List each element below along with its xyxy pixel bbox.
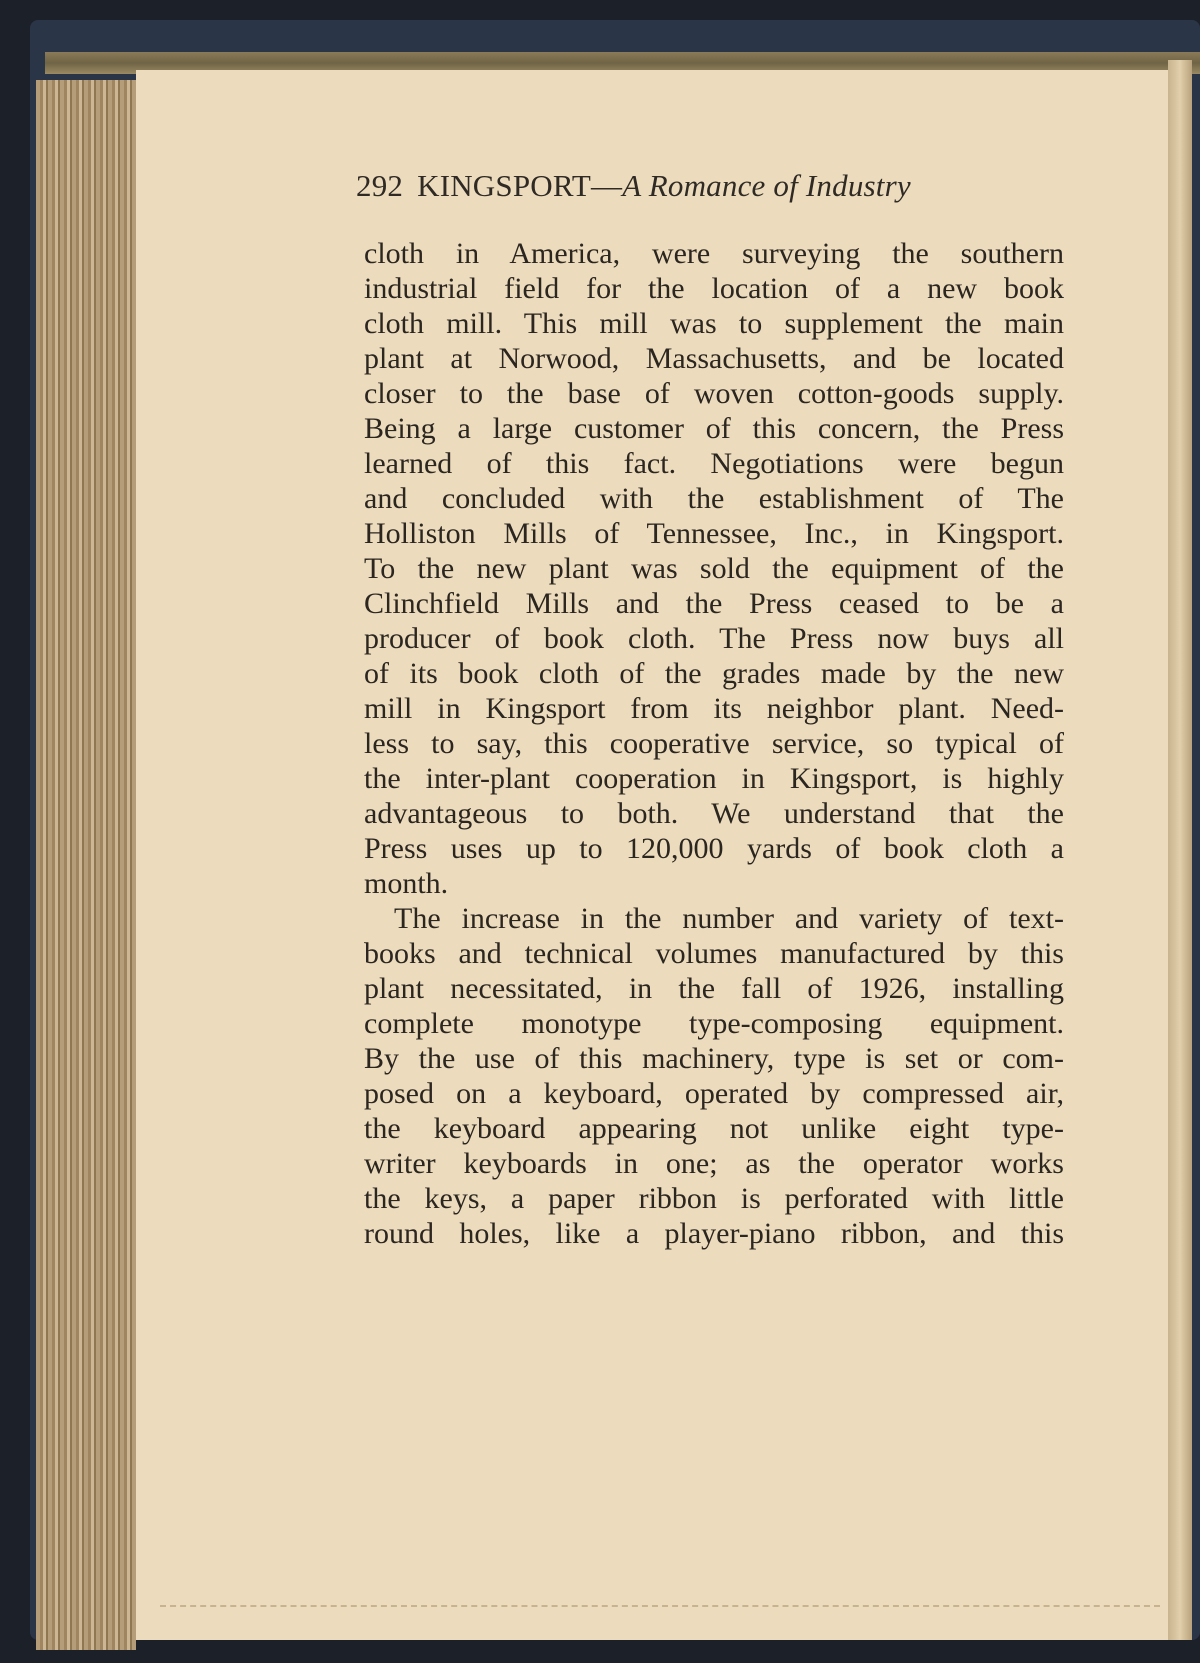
text-line: plant at Norwood, Massachusetts, and be … (364, 341, 1064, 376)
perforation-line (160, 1605, 1160, 1607)
page-right-edge (1168, 60, 1192, 1640)
text-line: Being a large customer of this concern, … (364, 411, 1064, 446)
text-line: cloth mill. This mill was to supplement … (364, 306, 1064, 341)
text-line: closer to the base of woven cotton-goods… (364, 376, 1064, 411)
text-line: By the use of this machinery, type is se… (364, 1041, 1064, 1076)
text-line: To the new plant was sold the equipment … (364, 551, 1064, 586)
page-stack-left-edge (36, 80, 136, 1650)
paragraph-2: The increase in the number and variety o… (364, 901, 1064, 1251)
text-line: learned of this fact. Negotiations were … (364, 446, 1064, 481)
text-line: Clinchfield Mills and the Press ceased t… (364, 586, 1064, 621)
text-line: of its book cloth of the grades made by … (364, 656, 1064, 691)
text-line: posed on a keyboard, operated by compres… (364, 1076, 1064, 1111)
text-line: producer of book cloth. The Press now bu… (364, 621, 1064, 656)
running-header: 292KINGSPORT—A Romance of Industry (356, 168, 1016, 204)
text-line: books and technical volumes manufactured… (364, 936, 1064, 971)
text-line: industrial field for the location of a n… (364, 271, 1064, 306)
text-line: Press uses up to 120,000 yards of book c… (364, 831, 1064, 866)
book-subtitle: A Romance of Industry (622, 168, 911, 203)
text-line: complete monotype type-composing equipme… (364, 1006, 1064, 1041)
text-line: advantageous to both. We understand that… (364, 796, 1064, 831)
text-line: the inter-plant cooperation in Kingsport… (364, 761, 1064, 796)
text-line: The increase in the number and variety o… (364, 901, 1064, 936)
text-line: the keyboard appearing not unlike eight … (364, 1111, 1064, 1146)
text-line: mill in Kingsport from its neighbor plan… (364, 691, 1064, 726)
text-line: and concluded with the establishment of … (364, 481, 1064, 516)
text-line: writer keyboards in one; as the operator… (364, 1146, 1064, 1181)
text-line: plant necessitated, in the fall of 1926,… (364, 971, 1064, 1006)
paragraph-1: cloth in America, were surveying the sou… (364, 236, 1064, 901)
text-line: round holes, like a player-piano ribbon,… (364, 1216, 1064, 1251)
body-text: cloth in America, were surveying the sou… (364, 236, 1064, 1251)
text-line: month. (364, 866, 1064, 901)
text-line: the keys, a paper ribbon is perforated w… (364, 1181, 1064, 1216)
text-line: cloth in America, were surveying the sou… (364, 236, 1064, 271)
page-number: 292 (356, 168, 403, 203)
text-line: less to say, this cooperative service, s… (364, 726, 1064, 761)
text-line: Holliston Mills of Tennessee, Inc., in K… (364, 516, 1064, 551)
book-title: KINGSPORT— (417, 168, 622, 203)
